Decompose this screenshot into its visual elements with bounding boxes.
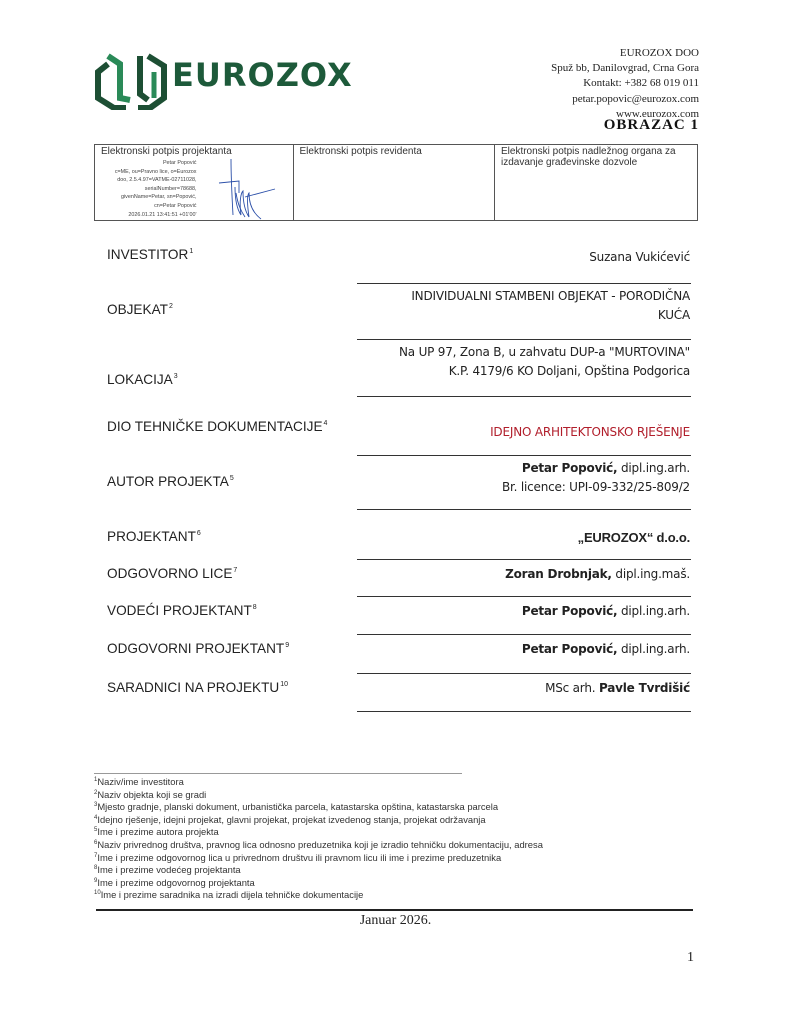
cert-line: Petar Popović <box>115 159 197 168</box>
divider <box>357 711 691 712</box>
signature-label-revident: Elektronski potpis revidenta <box>300 146 489 157</box>
label-objekat: OBJEKAT2 <box>107 302 173 317</box>
signature-label-projektant: Elektronski potpis projektanta <box>101 146 287 157</box>
divider <box>357 396 691 397</box>
label-text: INVESTITOR <box>107 247 188 262</box>
value-name: Petar Popović, <box>522 604 618 618</box>
certificate-details: Petar Popović c=ME, ou=Pravno lice, o=Eu… <box>115 159 197 219</box>
footnote-ref: 2 <box>169 303 173 310</box>
label-text: VODEĆI PROJEKTANT <box>107 603 252 618</box>
footnote-ref: 5 <box>230 475 234 482</box>
value-autor-projekta: Petar Popović, dipl.ing.arh. Br. licence… <box>502 459 690 497</box>
signature-table: Elektronski potpis projektanta Petar Pop… <box>94 144 698 221</box>
label-odgovorno-lice: ODGOVORNO LICE7 <box>107 566 237 581</box>
value-title: dipl.ing.maš. <box>612 567 690 581</box>
value-name: Petar Popović, <box>522 461 618 475</box>
label-autor-projekta: AUTOR PROJEKTA5 <box>107 474 234 489</box>
footnote-ref: 7 <box>233 567 237 574</box>
value-saradnici-na-projektu: MSc arh. Pavle Tvrdišić <box>545 679 690 698</box>
footnotes: 1Naziv/ime investitora 2Naziv objekta ko… <box>94 775 543 901</box>
value-dio-tehnicke-dokumentacije: IDEJNO ARHITEKTONSKO RJEŠENJE <box>490 423 690 442</box>
footnote: 8Ime i prezime vodećeg projektanta <box>94 863 543 876</box>
footnote-ref: 1 <box>189 248 193 255</box>
footnote: 7Ime i prezime odgovornog lica u privred… <box>94 851 543 864</box>
divider <box>357 559 691 560</box>
document-date: Januar 2026. <box>0 913 791 929</box>
value-lokacija: Na UP 97, Zona B, u zahvatu DUP-a "MURTO… <box>399 343 690 381</box>
label-lokacija: LOKACIJA3 <box>107 372 178 387</box>
label-vodeci-projektant: VODEĆI PROJEKTANT8 <box>107 603 257 618</box>
page-number: 1 <box>687 950 694 966</box>
signature-label-organ: Elektronski potpis nadležnog organa za i… <box>501 146 691 168</box>
label-text: AUTOR PROJEKTA <box>107 474 229 489</box>
value-title: MSc arh. <box>545 681 599 695</box>
value-text: IDEJNO ARHITEKTONSKO RJEŠENJE <box>490 425 690 439</box>
footnote-ref: 10 <box>280 681 288 688</box>
signature-cell-organ[interactable]: Elektronski potpis nadležnog organa za i… <box>494 145 697 220</box>
cert-line: givenName=Petar, sn=Popović, <box>115 193 197 202</box>
value-text: Na UP 97, Zona B, u zahvatu DUP-a "MURTO… <box>399 343 690 362</box>
company-contact: Kontakt: +382 68 019 011 <box>551 76 699 91</box>
value-name: Pavle Tvrdišić <box>599 681 690 695</box>
divider <box>357 455 691 456</box>
value-projektant: „EUROZOX“ d.o.o. <box>578 528 690 547</box>
signature-cell-revident[interactable]: Elektronski potpis revidenta <box>293 145 495 220</box>
footer-divider <box>96 909 693 911</box>
value-vodeci-projektant: Petar Popović, dipl.ing.arh. <box>522 602 690 621</box>
logo-text: EUROZOX <box>172 56 353 94</box>
value-name: „EUROZOX“ <box>578 530 653 545</box>
footnote: 1Naziv/ime investitora <box>94 775 543 788</box>
label-text: LOKACIJA <box>107 372 173 387</box>
footnote-separator <box>94 773 462 774</box>
footnote-ref: 4 <box>324 420 328 427</box>
value-title: dipl.ing.arh. <box>617 604 690 618</box>
footnote: 9Ime i prezime odgovornog projektanta <box>94 876 543 889</box>
value-text: INDIVIDUALNI STAMBENI OBJEKAT - PORODIČN… <box>411 287 690 306</box>
label-dio-tehnicke-dokumentacije: DIO TEHNIČKE DOKUMENTACIJE4 <box>107 419 327 434</box>
label-text: ODGOVORNO LICE <box>107 566 232 581</box>
value-odgovorni-projektant: Petar Popović, dipl.ing.arh. <box>522 640 690 659</box>
cert-line: doo, 2.5.4.97=VATME-02711028, <box>115 176 197 185</box>
value-objekat: INDIVIDUALNI STAMBENI OBJEKAT - PORODIČN… <box>411 287 690 325</box>
company-email[interactable]: petar.popovic@eurozox.com <box>551 92 699 107</box>
footnote-ref: 6 <box>197 530 201 537</box>
value-license: Br. licence: UPI-09-332/25-809/2 <box>502 478 690 497</box>
value-odgovorno-lice: Zoran Drobnjak, dipl.ing.maš. <box>505 565 690 584</box>
footnote-ref: 9 <box>285 642 289 649</box>
value-title: dipl.ing.arh. <box>617 461 690 475</box>
label-text: SARADNICI NA PROJEKTU <box>107 680 279 695</box>
label-text: ODGOVORNI PROJEKTANT <box>107 641 284 656</box>
footnote: 4Idejno rješenje, idejni projekat, glavn… <box>94 813 543 826</box>
footnote: 6Naziv privrednog društva, pravnog lica … <box>94 838 543 851</box>
footnote: 10Ime i prezime saradnika na izradi dije… <box>94 888 543 901</box>
footnote: 2Naziv objekta koji se gradi <box>94 788 543 801</box>
label-saradnici-na-projektu: SARADNICI NA PROJEKTU10 <box>107 680 288 695</box>
handwritten-signature-icon <box>205 157 295 221</box>
value-investitor: Suzana Vukićević <box>589 248 690 267</box>
value-name: Zoran Drobnjak, <box>505 567 612 581</box>
form-title: OBRAZAC 1 <box>604 117 699 134</box>
divider <box>357 509 691 510</box>
label-investitor: INVESTITOR1 <box>107 247 193 262</box>
label-odgovorni-projektant: ODGOVORNI PROJEKTANT9 <box>107 641 289 656</box>
label-text: DIO TEHNIČKE DOKUMENTACIJE <box>107 419 323 434</box>
label-text: OBJEKAT <box>107 302 168 317</box>
divider <box>357 596 691 597</box>
footnote: 5Ime i prezime autora projekta <box>94 825 543 838</box>
value-suffix: d.o.o. <box>653 530 690 545</box>
label-text: PROJEKTANT <box>107 529 196 544</box>
company-address: Spuž bb, Danilovgrad, Crna Gora <box>551 61 699 76</box>
value-text: K.P. 4179/6 KO Doljani, Opština Podgoric… <box>399 362 690 381</box>
footnote-ref: 8 <box>253 604 257 611</box>
footnote: 3Mjesto gradnje, planski dokument, urban… <box>94 800 543 813</box>
cert-line: serialNumber=78688, <box>115 185 197 194</box>
cert-line: cn=Petar Popović <box>115 202 197 211</box>
footnote-ref: 3 <box>174 373 178 380</box>
divider <box>357 673 691 674</box>
divider <box>357 634 691 635</box>
company-name: EUROZOX DOO <box>551 46 699 61</box>
divider <box>357 339 691 340</box>
value-title: dipl.ing.arh. <box>617 642 690 656</box>
company-info: EUROZOX DOO Spuž bb, Danilovgrad, Crna G… <box>551 46 699 122</box>
cert-line: c=ME, ou=Pravno lice, o=Eurozox <box>115 168 197 177</box>
cert-line: 2026.01.21 13:41:51 +01'00' <box>115 211 197 220</box>
signature-cell-projektant[interactable]: Elektronski potpis projektanta Petar Pop… <box>95 145 293 220</box>
value-name: Petar Popović, <box>522 642 618 656</box>
value-text: KUĆA <box>411 306 690 325</box>
value-text: Suzana Vukićević <box>589 250 690 264</box>
divider <box>357 283 691 284</box>
label-projektant: PROJEKTANT6 <box>107 529 201 544</box>
